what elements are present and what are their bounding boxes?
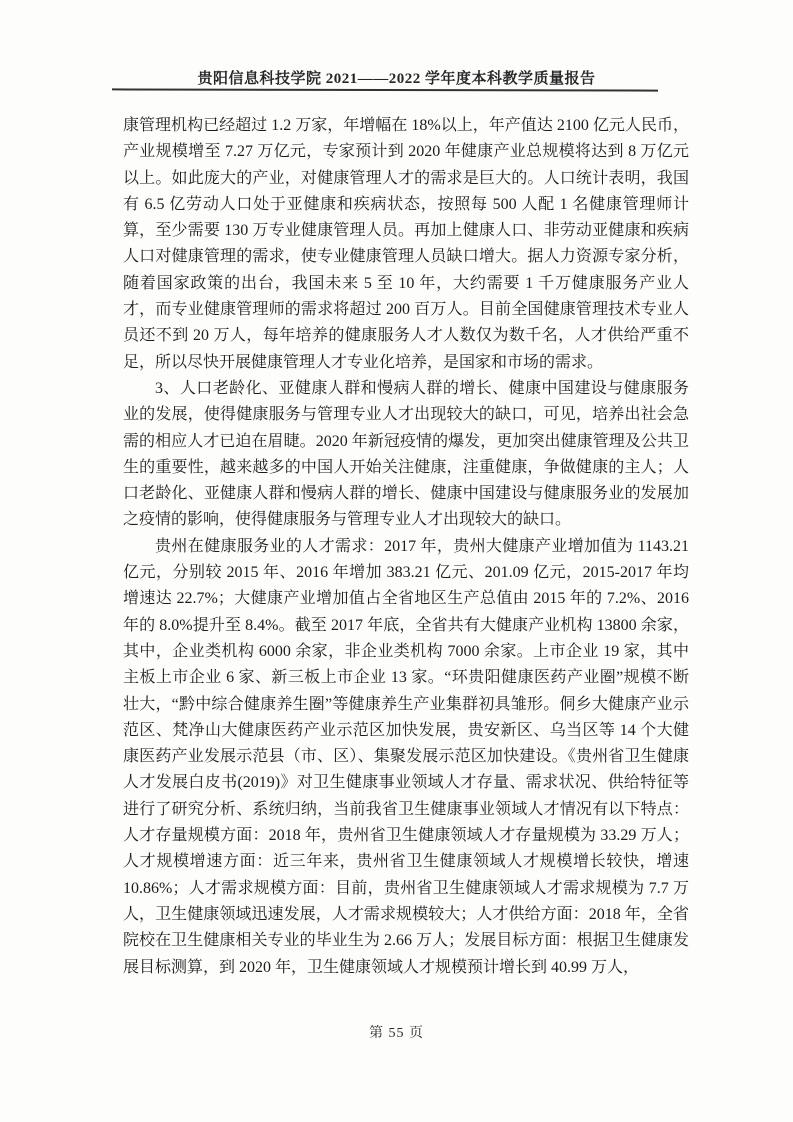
header-title: 贵阳信息科技学院 2021——2022 学年度本科教学质量报告 xyxy=(0,67,793,88)
page-footer: 第 55 页 xyxy=(0,1022,793,1042)
paragraph-3: 贵州在健康服务业的人才需求：2017 年，贵州大健康产业增加值为 1143.21… xyxy=(123,534,689,981)
body-text-block: 康管理机构已经超过 1.2 万家，年增幅在 18%以上，年产值达 2100 亿元… xyxy=(123,113,689,981)
paragraph-2: 3、人口老龄化、亚健康人群和慢病人群的增长、健康中国建设与健康服务业的发展，使得… xyxy=(123,376,689,534)
page-number: 第 55 页 xyxy=(369,1026,424,1041)
paragraph-1: 康管理机构已经超过 1.2 万家，年增幅在 18%以上，年产值达 2100 亿元… xyxy=(123,113,689,376)
header-rule xyxy=(112,88,658,91)
document-page: 贵阳信息科技学院 2021——2022 学年度本科教学质量报告 康管理机构已经超… xyxy=(0,0,793,1122)
